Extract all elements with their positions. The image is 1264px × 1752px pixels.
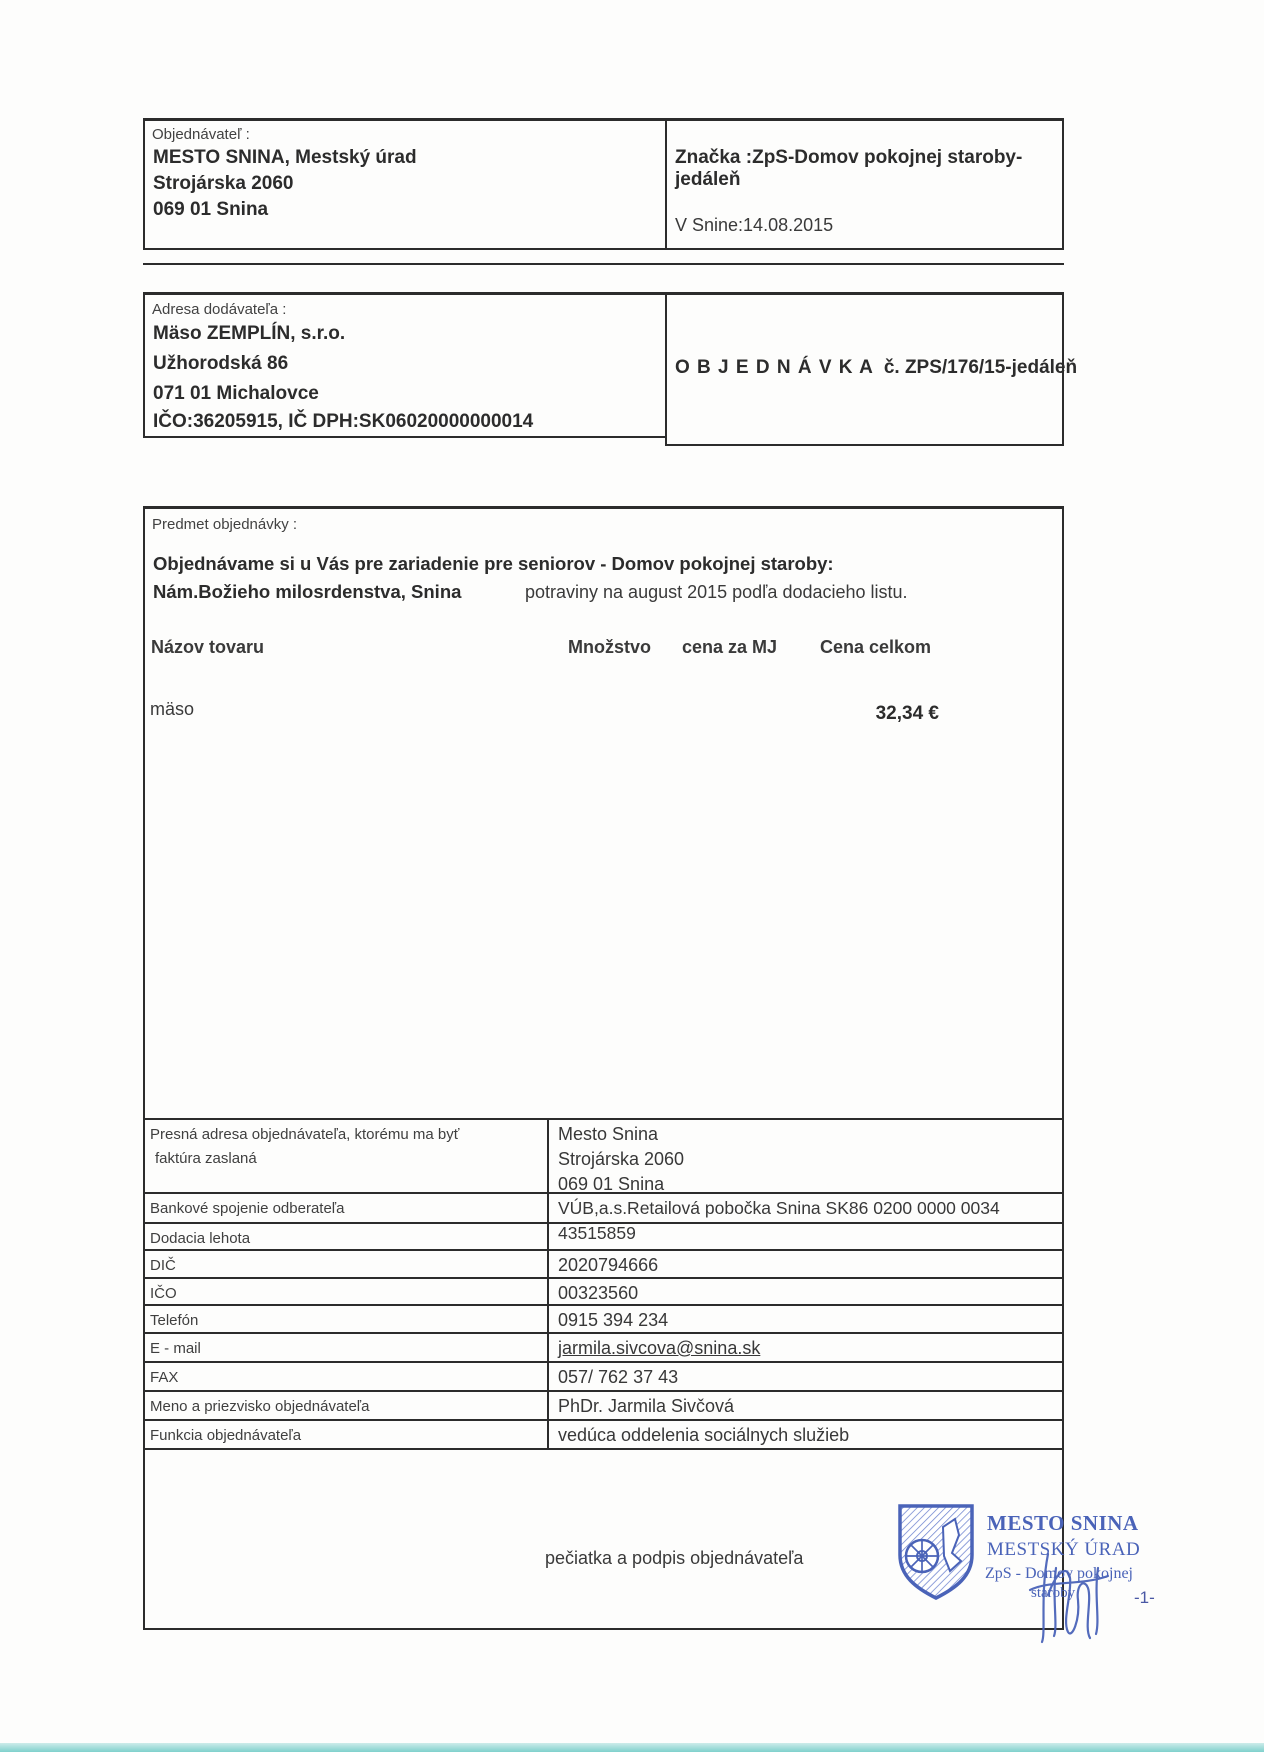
table-row-invoice-address: Presná adresa objednávateľa, ktorému ma … <box>143 1118 1064 1192</box>
row-value <box>547 1224 1064 1249</box>
subject-intro-line2-regular: potraviny na august 2015 podľa dodacieho… <box>525 582 908 603</box>
row-label: Presná adresa objednávateľa, ktorému ma … <box>143 1120 547 1192</box>
row-label: Funkcia objednávateľa <box>143 1421 547 1448</box>
customer-label: Objednávateľ : <box>152 126 250 143</box>
subject-intro-line2-bold: Nám.Božieho milosrdenstva, Snina <box>153 581 461 603</box>
customer-name: MESTO SNINA, Mestský úrad <box>153 147 417 169</box>
row-label: Bankové spojenie odberateľa <box>143 1194 547 1222</box>
item-name: mäso <box>150 699 194 720</box>
supplier-ids: IČO:36205915, IČ DPH:SK06020000000014 <box>153 411 533 433</box>
stamp-line1: MESTO SNINA <box>987 1511 1139 1536</box>
box-divider <box>665 121 667 248</box>
row-value: VÚB,a.s.Retailová pobočka Snina SK86 020… <box>547 1194 1064 1222</box>
table-row-ico: IČO 00323560 <box>143 1277 1064 1304</box>
table-row-fax: FAX 057/ 762 37 43 <box>143 1361 1064 1390</box>
order-heading: O B J E D N Á V K Ač. ZPS/176/15-jedáleň <box>675 357 1077 379</box>
customer-street: Strojárska 2060 <box>153 173 294 195</box>
supplier-name: Mäso ZEMPLÍN, s.r.o. <box>153 323 345 345</box>
items-col-qty: Množstvo <box>568 637 651 658</box>
table-row-delivery-term: Dodacia lehota <box>143 1222 1064 1249</box>
row-label: Dodacia lehota <box>143 1224 547 1249</box>
table-row-dic: DIČ 2020794666 <box>143 1249 1064 1277</box>
page-number: -1- <box>1134 1588 1155 1608</box>
table-row-phone: Telefón 0915 394 234 <box>143 1304 1064 1332</box>
item-total: 32,34 € <box>745 703 939 725</box>
table-row-bank: Bankové spojenie odberateľa VÚB,a.s.Reta… <box>143 1192 1064 1222</box>
stamp-caption: pečiatka a podpis objednávateľa <box>545 1548 803 1569</box>
items-col-name: Názov tovaru <box>151 637 264 658</box>
place-and-date: V Snine:14.08.2015 <box>675 215 833 236</box>
row-label: FAX <box>143 1363 547 1390</box>
separator-line <box>143 263 1064 265</box>
order-subject-box: Predmet objednávky : Objednávame si u Vá… <box>143 506 1064 1630</box>
row-value: 2020794666 <box>547 1251 1064 1277</box>
supplier-street: Užhorodská 86 <box>153 353 288 375</box>
order-number: č. ZPS/176/15-jedáleň <box>884 357 1077 378</box>
email-value: jarmila.sivcova@snina.sk <box>547 1334 1064 1361</box>
scanned-order-document: Objednávateľ : MESTO SNINA, Mestský úrad… <box>0 0 1264 1752</box>
row-label: Telefón <box>143 1306 547 1332</box>
row-label-line2: faktúra zaslaná <box>150 1147 545 1171</box>
scanner-edge-strip <box>0 1743 1264 1752</box>
table-row-email: E - mail jarmila.sivcova@snina.sk <box>143 1332 1064 1361</box>
table-row-orderer-name: Meno a priezvisko objednávateľa PhDr. Ja… <box>143 1390 1064 1419</box>
table-row-orderer-function: Funkcia objednávateľa vedúca oddelenia s… <box>143 1419 1064 1448</box>
items-col-unit-price: cena za MJ <box>682 637 777 658</box>
order-reference: Značka :ZpS-Domov pokojnej staroby-jedál… <box>675 147 1062 191</box>
customer-city: 069 01 Snina <box>153 199 268 221</box>
row-value: 0915 394 234 <box>547 1306 1064 1332</box>
supplier-label: Adresa dodávateľa : <box>152 301 286 318</box>
row-label: Meno a priezvisko objednávateľa <box>143 1392 547 1419</box>
row-value-line2: Strojárska 2060 <box>558 1147 1060 1172</box>
row-value: Mesto Snina Strojárska 2060 069 01 Snina <box>547 1120 1064 1192</box>
row-label: E - mail <box>143 1334 547 1361</box>
subject-label: Predmet objednávky : <box>152 516 297 533</box>
row-label: IČO <box>143 1279 547 1304</box>
row-value: 057/ 762 37 43 <box>547 1363 1064 1390</box>
row-value: PhDr. Jarmila Sivčová <box>547 1392 1064 1419</box>
supplier-city: 071 01 Michalovce <box>153 383 319 405</box>
row-value-line1: Mesto Snina <box>558 1122 1060 1147</box>
items-col-total: Cena celkom <box>820 637 931 658</box>
order-heading-box: O B J E D N Á V K Ač. ZPS/176/15-jedáleň <box>665 292 1064 446</box>
order-title-word: O B J E D N Á V K A <box>675 357 874 378</box>
row-label-line1: Presná adresa objednávateľa, ktorému ma … <box>150 1123 545 1147</box>
details-table: Presná adresa objednávateľa, ktorému ma … <box>143 1118 1064 1450</box>
row-value: 00323560 <box>547 1279 1064 1304</box>
row-value: vedúca oddelenia sociálnych služieb <box>547 1421 1064 1448</box>
row-label: DIČ <box>143 1251 547 1277</box>
subject-intro-line1: Objednávame si u Vás pre zariadenie pre … <box>153 553 834 575</box>
supplier-box: Adresa dodávateľa : Mäso ZEMPLÍN, s.r.o.… <box>143 292 667 438</box>
city-crest-icon <box>895 1501 977 1608</box>
signature-icon <box>1018 1540 1128 1653</box>
customer-box: Objednávateľ : MESTO SNINA, Mestský úrad… <box>143 118 1064 250</box>
